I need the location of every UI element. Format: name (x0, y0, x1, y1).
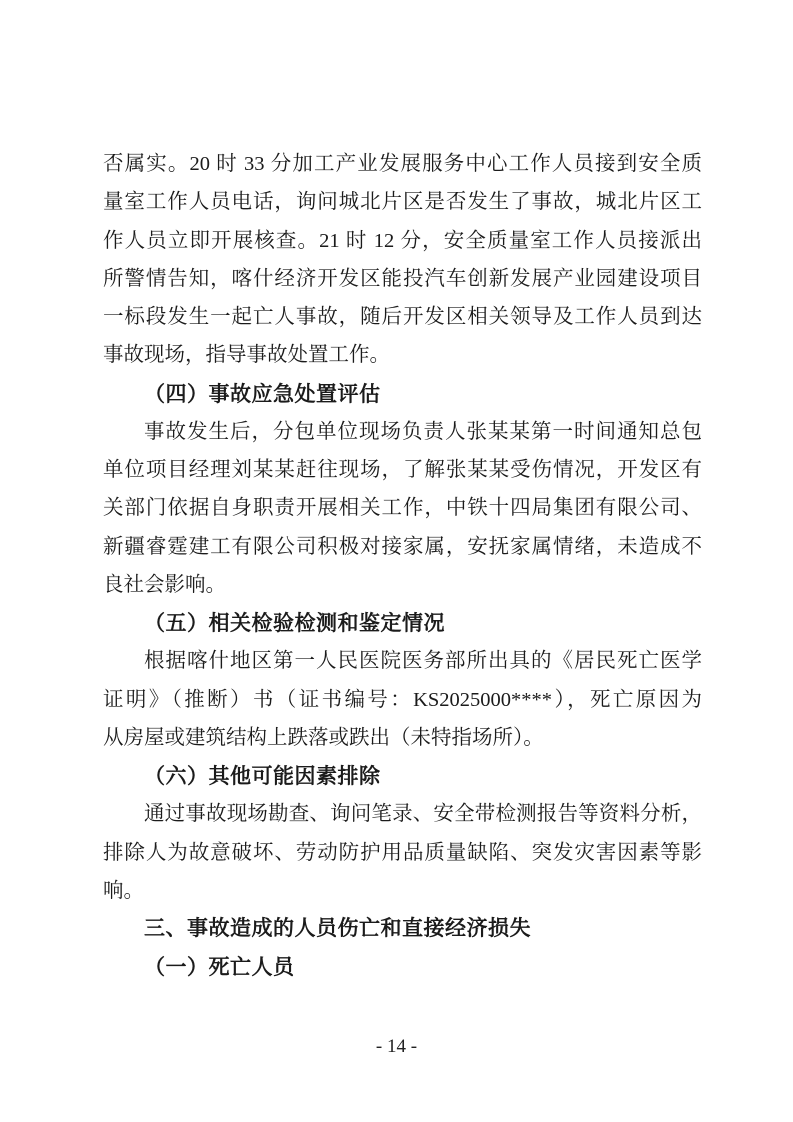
body-line: 通过事故现场勘查、询问笔录、安全带检测报告等资料分析， (103, 795, 702, 833)
body-line: 证明》（推断）书（证书编号：KS2025000****），死亡原因为 (103, 681, 702, 719)
body-line: 作人员立即开展核查。21 时 12 分，安全质量室工作人员接派出 (103, 222, 702, 260)
body-line: 良社会影响。 (103, 566, 702, 604)
document-page: 否属实。20 时 33 分加工产业发展服务中心工作人员接到安全质量室工作人员电话… (0, 0, 793, 1122)
body-line: 从房屋或建筑结构上跌落或跌出（未特指场所）。 (103, 719, 702, 757)
sub-heading: （四）事故应急处置评估 (103, 375, 702, 413)
sub-heading: （一）死亡人员 (103, 948, 702, 986)
document-content: 否属实。20 时 33 分加工产业发展服务中心工作人员接到安全质量室工作人员电话… (103, 145, 702, 987)
body-line: 量室工作人员电话，询问城北片区是否发生了事故，城北片区工 (103, 183, 702, 221)
body-line: 所警情告知，喀什经济开发区能投汽车创新发展产业园建设项目 (103, 260, 702, 298)
page-number: - 14 - (0, 1036, 793, 1058)
section-heading: 三、事故造成的人员伤亡和直接经济损失 (103, 910, 702, 948)
body-line: 关部门依据自身职责开展相关工作，中铁十四局集团有限公司、 (103, 489, 702, 527)
body-line: 事故现场，指导事故处置工作。 (103, 336, 702, 374)
body-line: 响。 (103, 872, 702, 910)
body-line: 根据喀什地区第一人民医院医务部所出具的《居民死亡医学 (103, 642, 702, 680)
body-line: 否属实。20 时 33 分加工产业发展服务中心工作人员接到安全质 (103, 145, 702, 183)
body-line: 排除人为故意破坏、劳动防护用品质量缺陷、突发灾害因素等影 (103, 834, 702, 872)
body-line: 一标段发生一起亡人事故，随后开发区相关领导及工作人员到达 (103, 298, 702, 336)
body-line: 新疆睿霆建工有限公司积极对接家属，安抚家属情绪，未造成不 (103, 528, 702, 566)
body-line: 事故发生后，分包单位现场负责人张某某第一时间通知总包 (103, 413, 702, 451)
body-line: 单位项目经理刘某某赶往现场，了解张某某受伤情况，开发区有 (103, 451, 702, 489)
sub-heading: （五）相关检验检测和鉴定情况 (103, 604, 702, 642)
sub-heading: （六）其他可能因素排除 (103, 757, 702, 795)
